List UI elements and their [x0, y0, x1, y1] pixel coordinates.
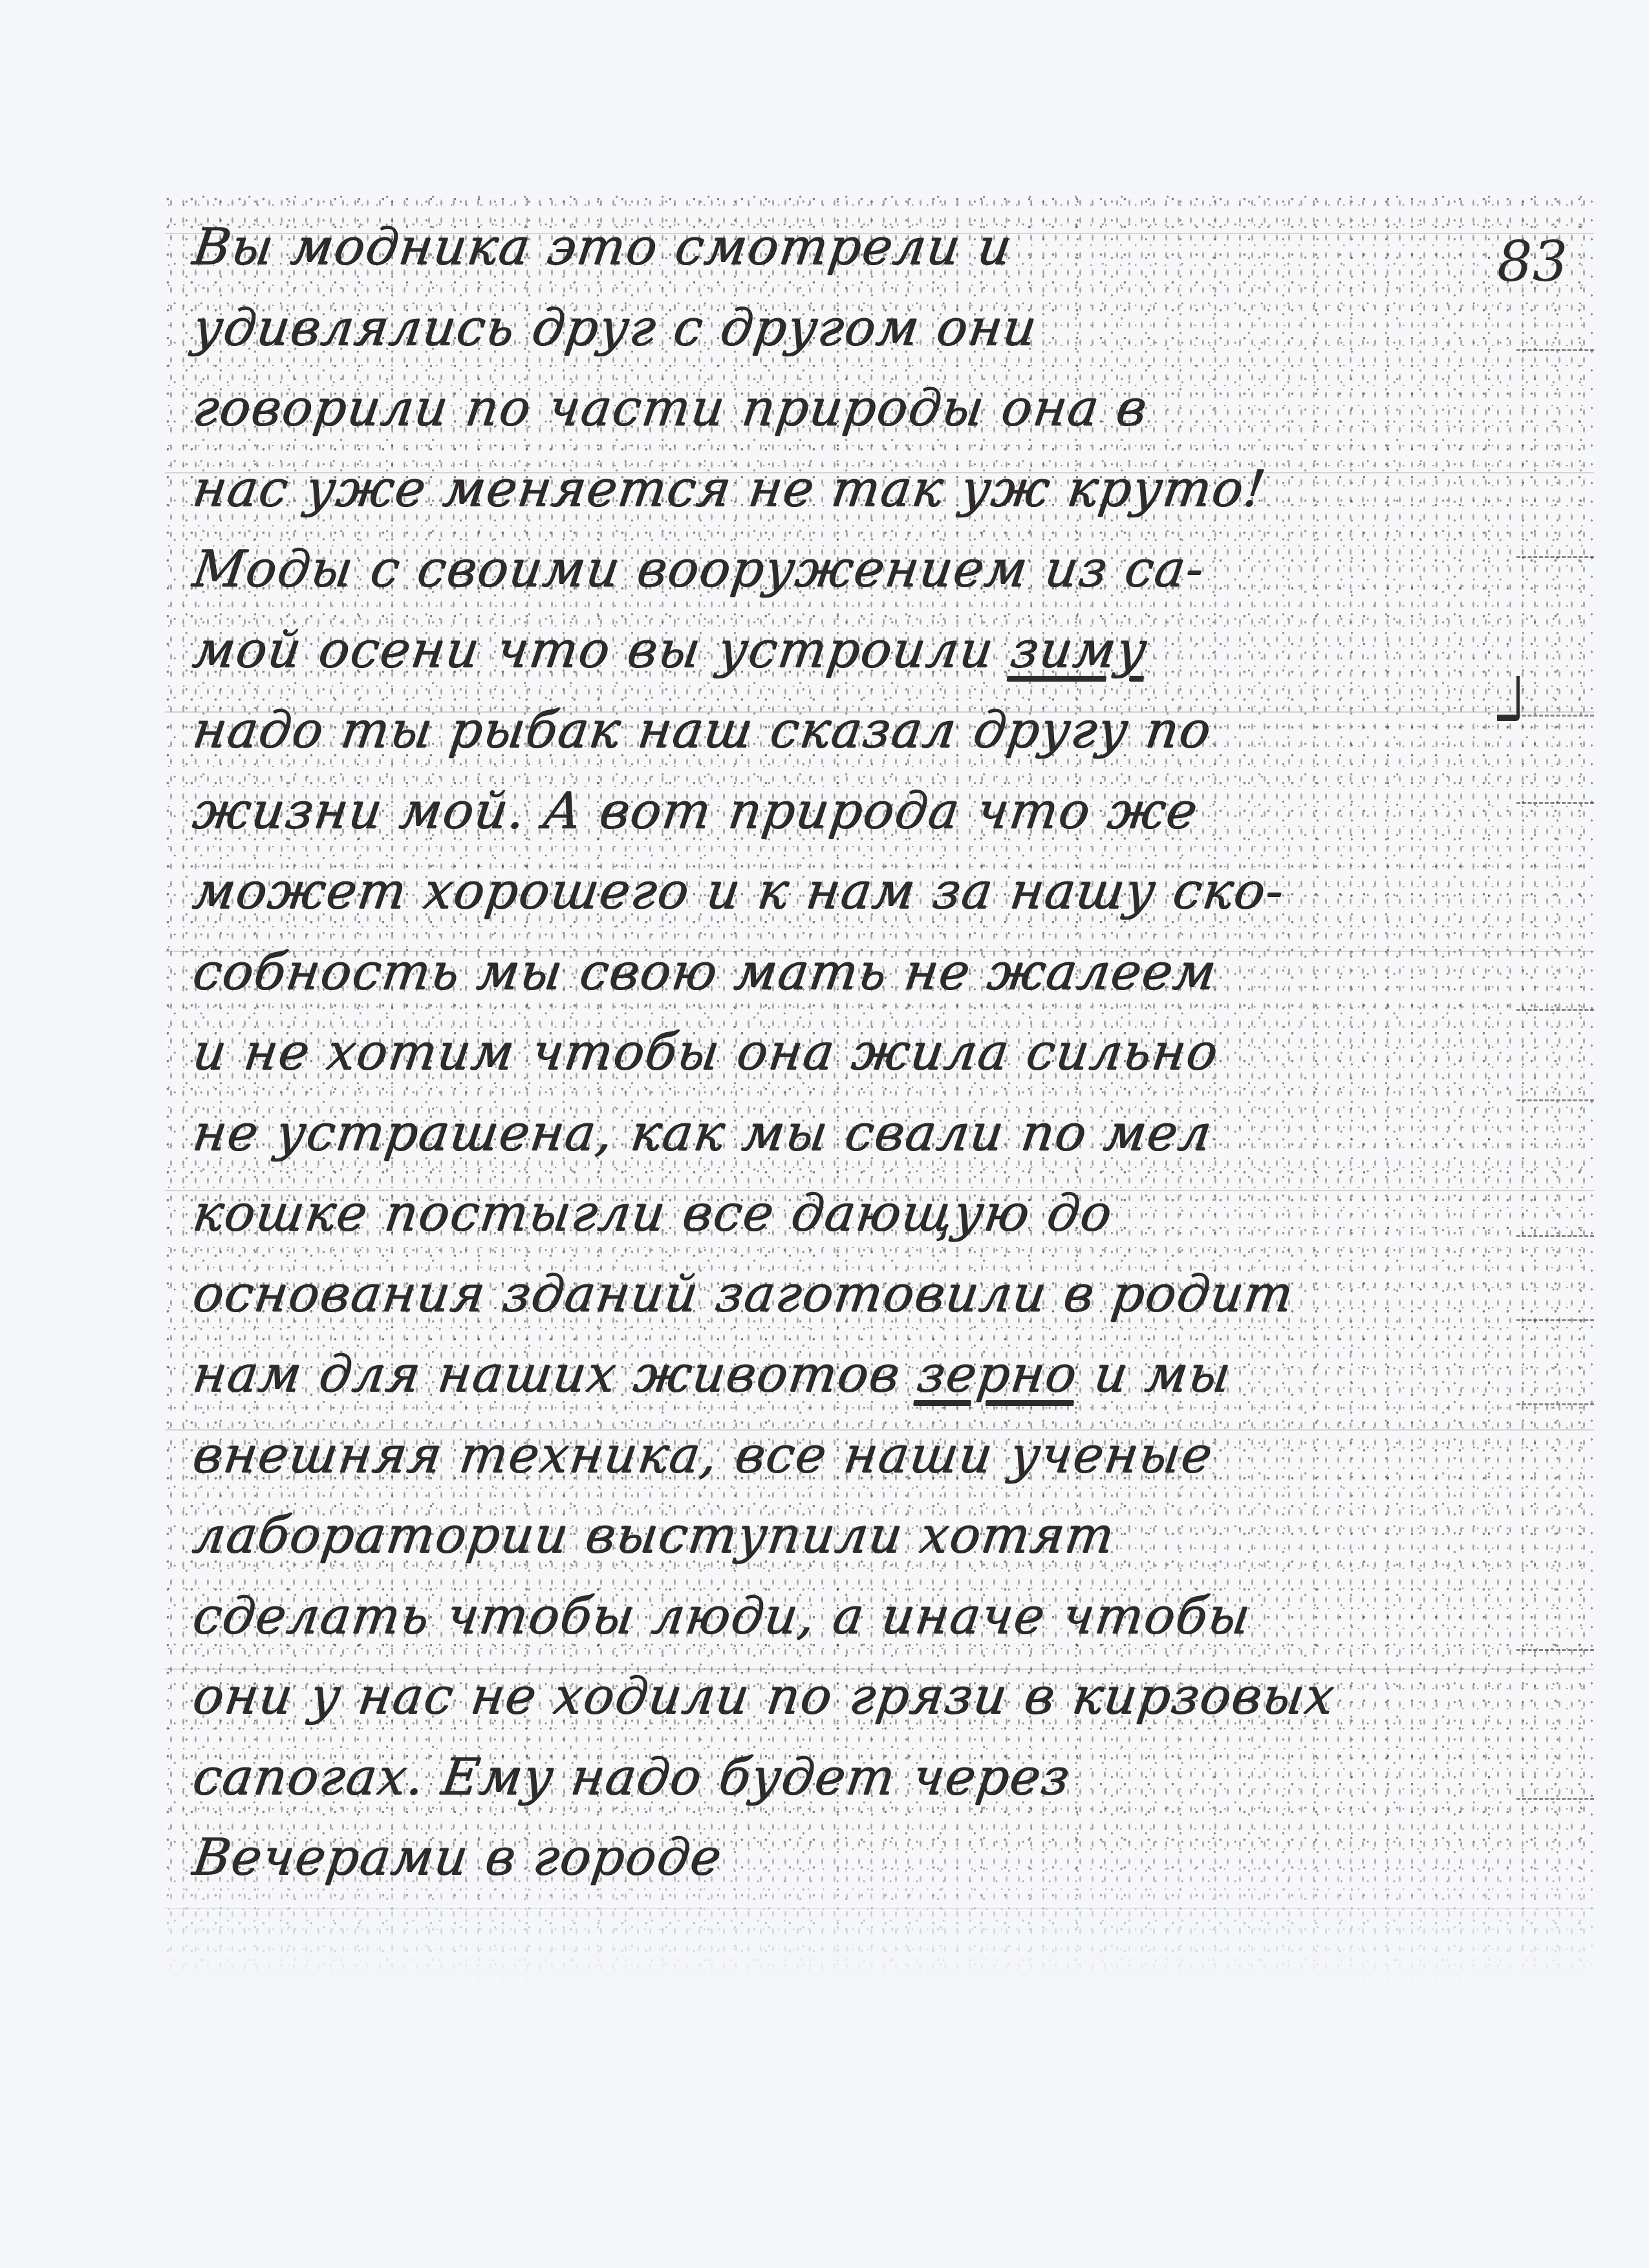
- ruling-mark: [1516, 715, 1594, 717]
- text-line: Вы модника это смотрели и: [188, 207, 1524, 288]
- ruling-mark: [1516, 1798, 1594, 1800]
- text-line: кошке постыгли все дающую до: [188, 1173, 1524, 1254]
- text-line: не устрашена, как мы свали по мел: [188, 1093, 1524, 1174]
- text-line: может хорошего и к нам за нашу ско-: [188, 851, 1524, 932]
- ruling-mark: [1516, 1403, 1594, 1405]
- text-line: нам для наших животов зерно и мы: [188, 1334, 1524, 1415]
- underlined-word: зиму: [1007, 621, 1151, 679]
- text-line: мой осени что вы устроили зиму: [188, 610, 1524, 691]
- text-line: говорили по части природы она в: [188, 368, 1524, 449]
- text-line: жизни мой. А вот природа что же: [188, 771, 1524, 852]
- scanned-page: 83 Вы модника это смотрели и удивлялись …: [0, 0, 1649, 2268]
- text-line: они у нас не ходили по грязи в кирзовых: [188, 1656, 1524, 1737]
- text-line: и не хотим чтобы она жила сильно: [188, 1012, 1524, 1093]
- ruling-mark: [1516, 1009, 1594, 1011]
- text-line: основания зданий заготовили в родит: [188, 1254, 1524, 1335]
- underlined-word: зерно: [914, 1345, 1082, 1403]
- text-line: удивлялись друг с другом они: [188, 288, 1524, 369]
- text-line: сапогах. Ему надо будет через: [188, 1737, 1524, 1818]
- manuscript-text: Вы модника это смотрели и удивлялись дру…: [188, 207, 1513, 1898]
- ruling-mark: [1516, 1319, 1594, 1321]
- ruling-mark: [1516, 556, 1594, 558]
- ruling-mark: [1516, 802, 1594, 804]
- text-line: лаборатории выступили хотят: [188, 1495, 1524, 1576]
- ruling-mark: [1516, 1099, 1594, 1101]
- ruling-mark: [1516, 349, 1594, 351]
- text-line: Вечерами в городе: [188, 1817, 1524, 1898]
- ruling-mark: [1516, 1649, 1594, 1651]
- text-line: собность мы свою мать не жалеем: [188, 932, 1524, 1013]
- ruling-mark: [1516, 1235, 1594, 1237]
- text-line: сделать чтобы люди, а иначе чтобы: [188, 1576, 1524, 1657]
- text-line: надо ты рыбак наш сказал другу по: [188, 690, 1524, 771]
- text-line: внешняя техника, все наши ученые: [188, 1415, 1524, 1496]
- text-line: нас уже меняется не так уж круто!: [188, 449, 1524, 530]
- text-line: Моды с своими вооружением из са-: [188, 529, 1524, 610]
